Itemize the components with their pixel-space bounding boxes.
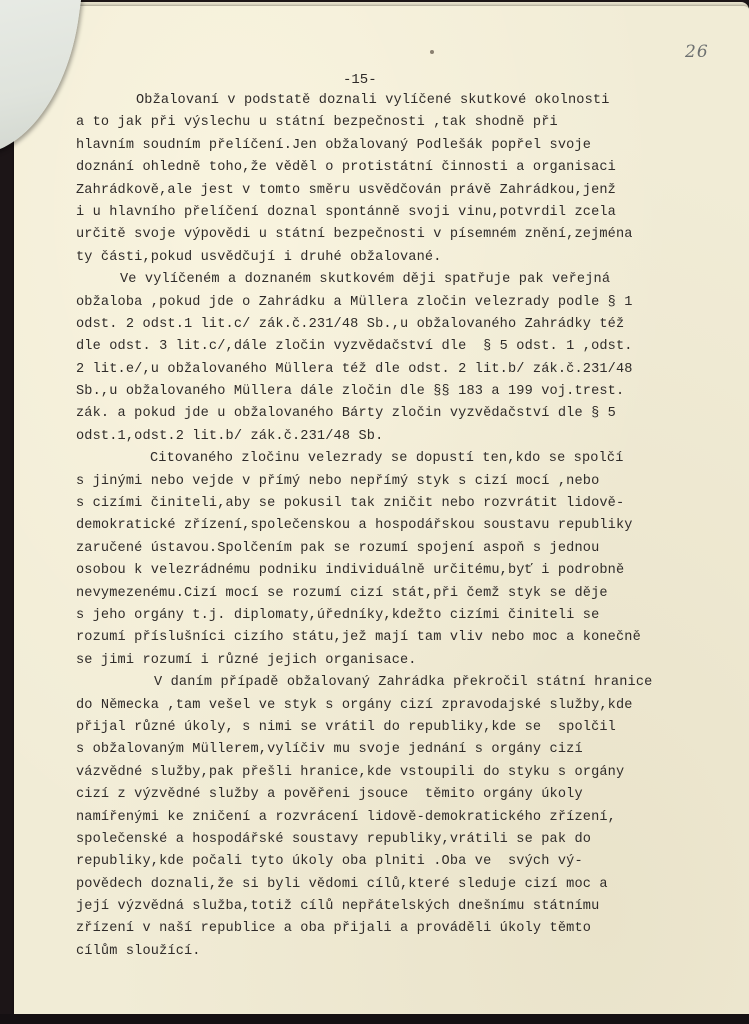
paragraph-2: Ve vylíčeném a doznaném skutkovém ději s… [76,269,716,448]
text-line: zák. a pokud jde u obžalovaného Bárty zl… [76,403,716,425]
text-line: cizí z výzvědné služby a pověřeni jsouce… [76,784,716,806]
text-line: zřízení v naší republice a oba přijali a… [76,918,716,940]
document-body: Obžalovaní v podstatě doznali vylíčené s… [76,90,716,963]
text-line: odst.1,odst.2 lit.b/ zák.č.231/48 Sb. [76,426,716,448]
text-line: povědech doznali,že si byli vědomi cílů,… [76,874,716,896]
text-line: se jimi rozumí i různé jejich organisace… [76,650,716,672]
text-line: její výzvědná služba,totiž cílů nepřátel… [76,896,716,918]
text-line: nevymezenému.Cizí mocí se rozumí cizí st… [76,583,716,605]
text-line: ty části,pokud usvědčují i druhé obžalov… [76,247,716,269]
text-line: 2 lit.e/,u obžalovaného Müllera též dle … [76,359,716,381]
paper-speck [430,50,434,54]
text-line: určitě svoje výpovědi u státní bezpečnos… [76,224,716,246]
text-line: s jinými nebo vejde v přímý nebo nepřímý… [76,471,716,493]
text-line: Sb.,u obžalovaného Müllera dále zločin d… [76,381,716,403]
text-line: Zahrádkově,ale jest v tomto směru usvědč… [76,180,716,202]
text-line: odst. 2 odst.1 lit.c/ zák.č.231/48 Sb.,u… [76,314,716,336]
text-line: s jeho orgány t.j. diplomaty,úředníky,kd… [76,605,716,627]
text-line: společenské a hospodářské soustavy repub… [76,829,716,851]
text-line: obžaloba ,pokud jde o Zahrádku a Müllera… [76,292,716,314]
text-line: i u hlavního přelíčení doznal spontánně … [76,202,716,224]
text-line: osobou k velezrádnému podniku individuál… [76,560,716,582]
text-line: doznání ohledně toho,že věděl o protistá… [76,157,716,179]
text-line: cílům sloužící. [76,941,716,963]
text-line: dle odst. 3 lit.c/,dále zločin vyzvědačs… [76,336,716,358]
scanned-page-scene: 26 -15- Obžalovaní v podstatě doznali vy… [0,0,749,1024]
text-line: zaručené ústavou.Spolčením pak se rozumí… [76,538,716,560]
page-number: -15- [343,72,377,88]
text-line: namířenými ke zničení a rozvrácení lidov… [76,807,716,829]
text-line: hlavním soudním přelíčení.Jen obžalovaný… [76,135,716,157]
text-line: s cizími činiteli,aby se pokusil tak zni… [76,493,716,515]
text-line: přijal různé úkoly, s nimi se vrátil do … [76,717,716,739]
scan-bottom-edge [0,1014,749,1024]
text-line: Ve vylíčeném a doznaném skutkovém ději s… [76,269,716,291]
paragraph-3: Citovaného zločinu velezrady se dopustí … [76,448,716,672]
handwritten-folio-number: 26 [685,42,709,62]
text-line: do Německa ,tam vešel ve styk s orgány c… [76,695,716,717]
text-line: Obžalovaní v podstatě doznali vylíčené s… [76,90,716,112]
text-line: demokratické zřízení,společenskou a hosp… [76,515,716,537]
text-line: V daním případě obžalovaný Zahrádka přek… [76,672,716,694]
paragraph-4: V daním případě obžalovaný Zahrádka přek… [76,672,716,963]
text-line: s obžalovaným Müllerem,vylíčiv mu svoje … [76,739,716,761]
text-line: republiky,kde počali tyto úkoly oba plni… [76,851,716,873]
text-line: Citovaného zločinu velezrady se dopustí … [76,448,716,470]
paragraph-1: Obžalovaní v podstatě doznali vylíčené s… [76,90,716,269]
text-line: a to jak při výslechu u státní bezpečnos… [76,112,716,134]
text-line: rozumí příslušníci cizího státu,jež mají… [76,627,716,649]
text-line: vázvědné služby,pak přešli hranice,kde v… [76,762,716,784]
